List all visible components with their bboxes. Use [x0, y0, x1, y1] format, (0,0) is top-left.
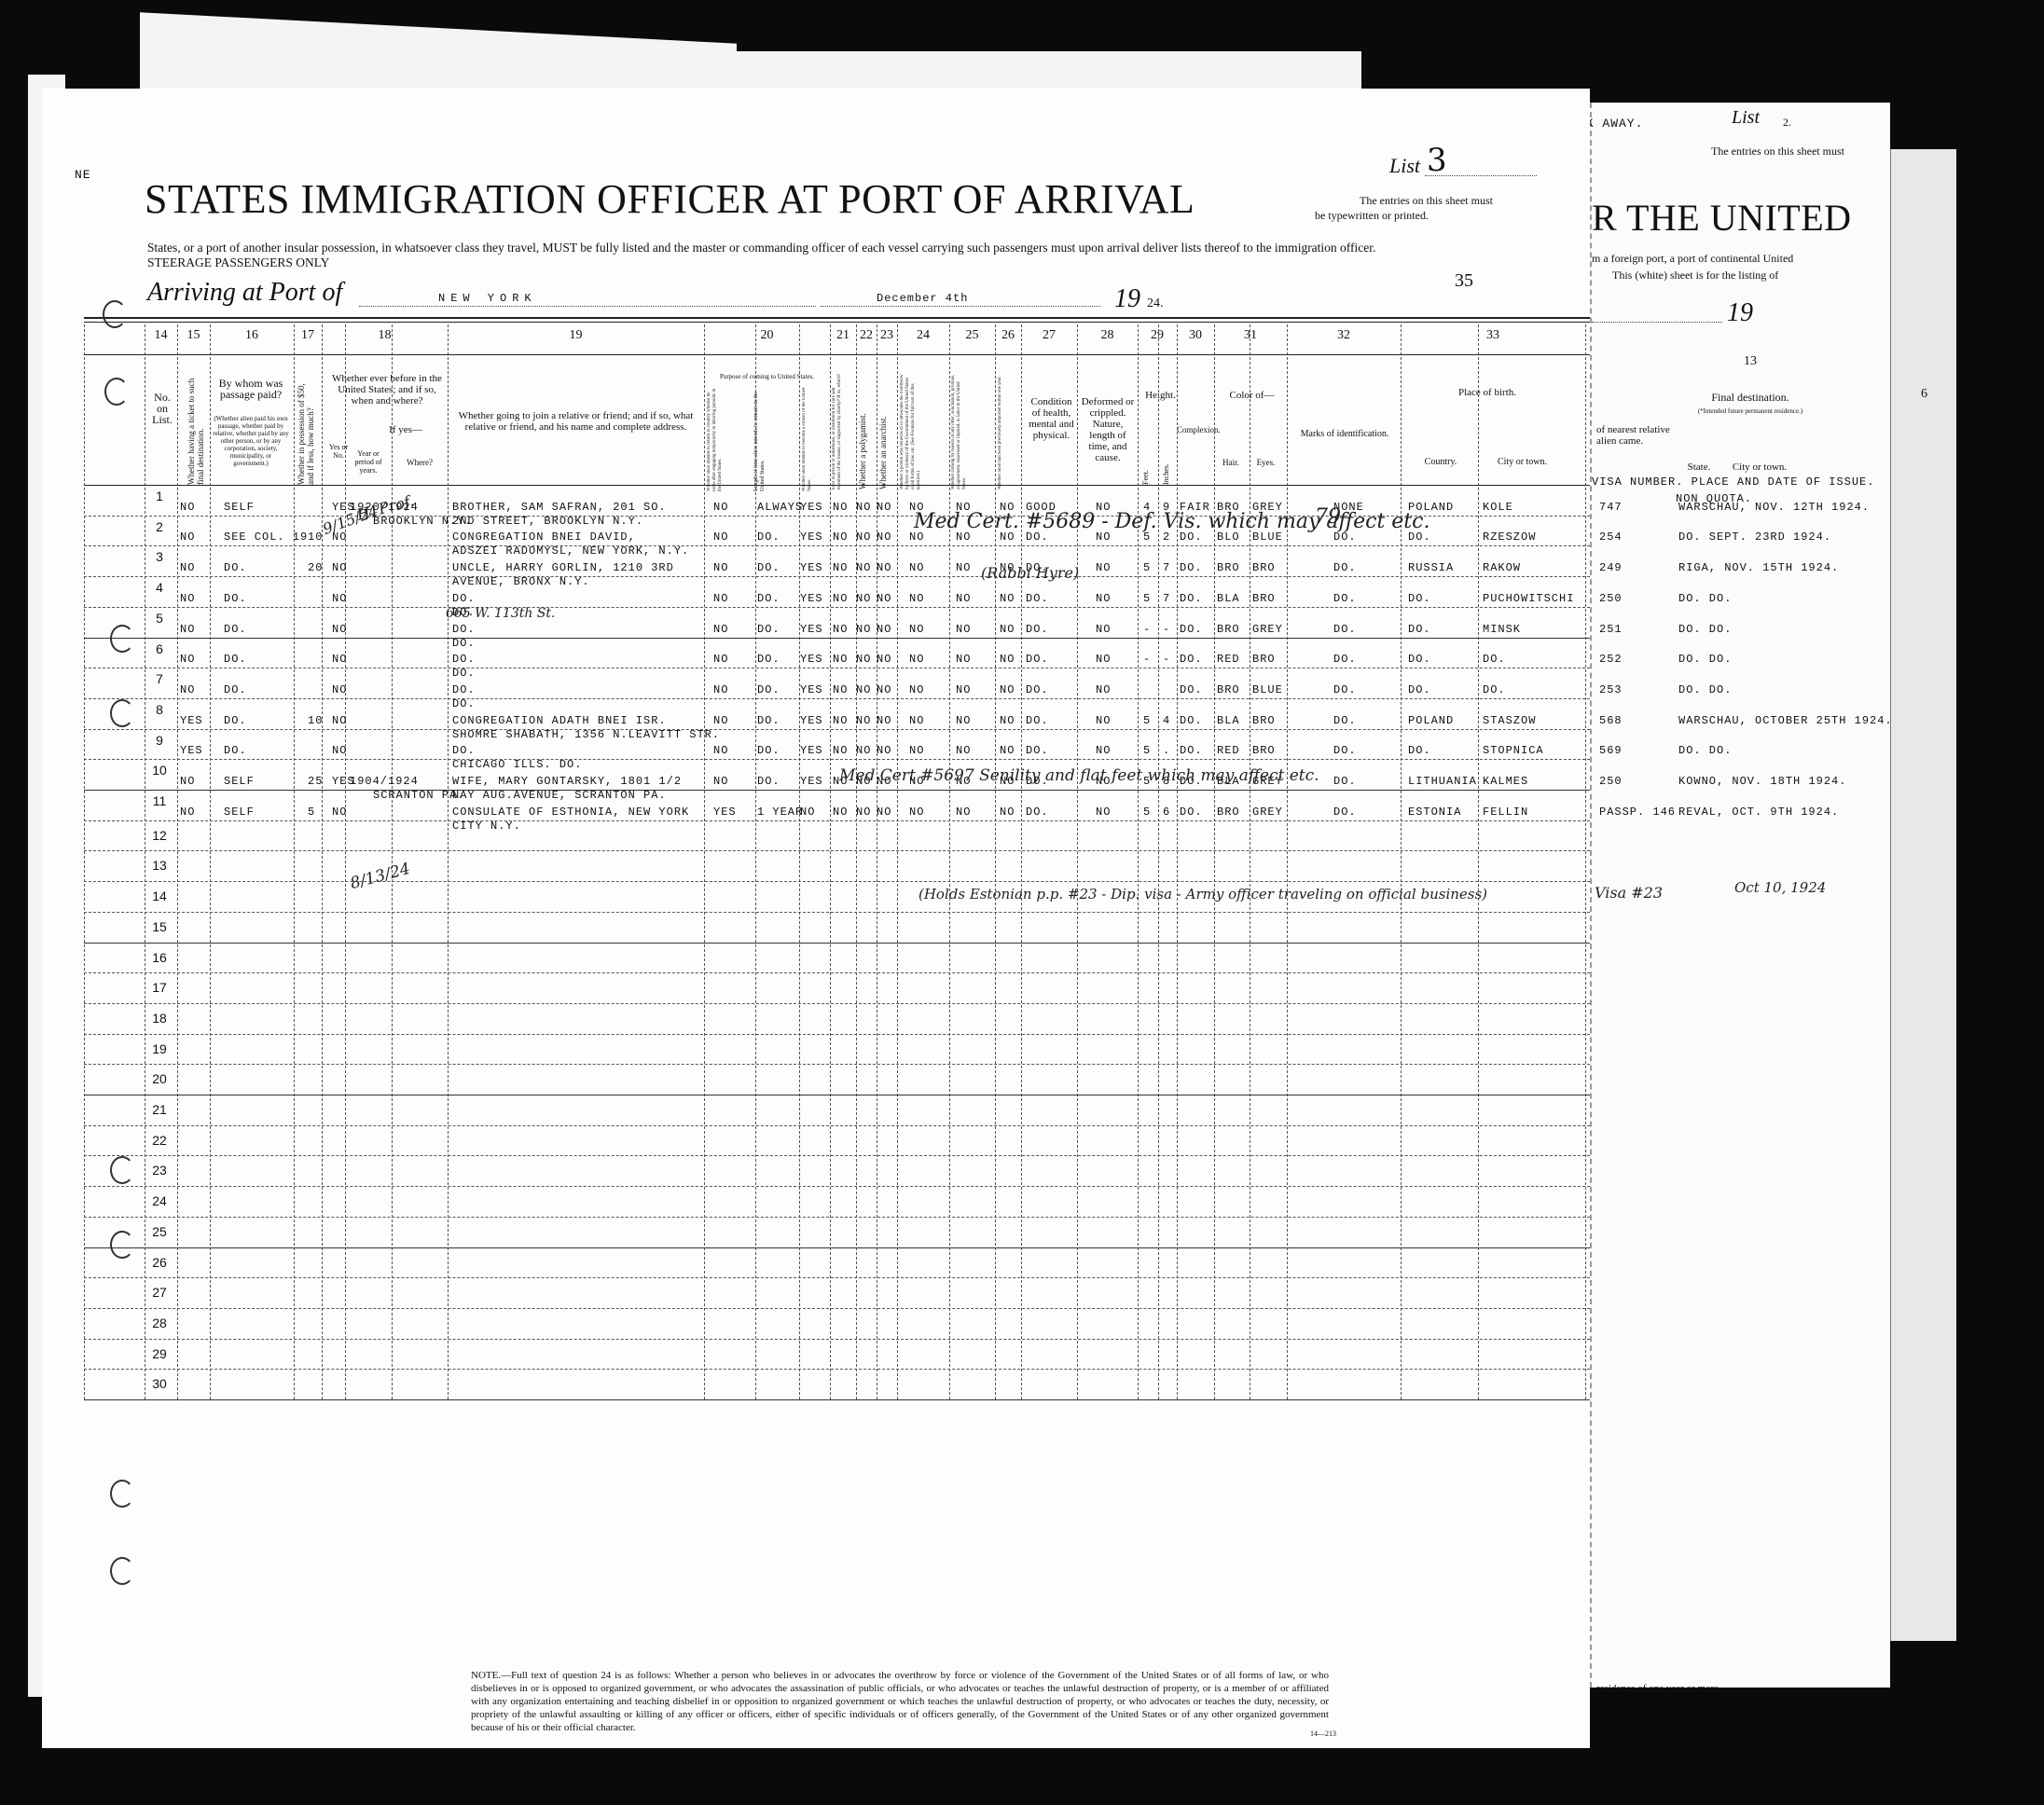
- anarchist-cell: NO: [877, 806, 891, 819]
- handwritten-row11-annotation: (Holds Estonian p.p. #23 - Dip. visa - A…: [918, 886, 1487, 902]
- complexion-cell: DO.: [1180, 623, 1203, 636]
- col-29-label: Height.: [1139, 390, 1181, 401]
- complexion-cell: DO.: [1180, 744, 1203, 757]
- polygamist-cell: NO: [856, 592, 871, 605]
- col-30-label: Complexion.: [1177, 424, 1214, 435]
- relative-cell: BROTHER, SAM SAFRAN, 201 SO.: [452, 501, 667, 514]
- health-cell: DO.: [1026, 744, 1049, 757]
- health-cell: DO.: [1026, 653, 1049, 666]
- date-line-overlap: [1592, 322, 1722, 323]
- relative-cell: CONGREGATION BNEI DAVID,: [452, 530, 636, 544]
- city-cell: PUCHOWITSCHI: [1483, 592, 1574, 605]
- before-us-cell: NO: [332, 806, 347, 819]
- length-cell: DO.: [757, 561, 780, 574]
- eyes-cell: GREY: [1252, 623, 1283, 636]
- entries-note-1: The entries on this sheet must: [1360, 194, 1493, 208]
- punch-hole: [104, 378, 129, 406]
- prison-cell: NO: [833, 806, 848, 819]
- column-number: 27: [1021, 328, 1077, 343]
- country-cell: DO.: [1408, 592, 1431, 605]
- grid-row-line: [84, 759, 1590, 760]
- footer-note: NOTE.—Full text of question 24 is as fol…: [471, 1669, 1329, 1734]
- row-number: 1: [147, 489, 172, 503]
- money-cell: 25: [308, 775, 323, 788]
- length-cell: DO.: [757, 683, 780, 696]
- polygamist-cell: NO: [856, 623, 871, 636]
- city-cell: RAKOW: [1483, 561, 1521, 574]
- final-destination-note: (*Intended future permanent residence.): [1680, 406, 1820, 417]
- grid-row-line: [84, 820, 1590, 821]
- feet-cell: -: [1143, 623, 1151, 636]
- complexion-cell: DO.: [1180, 714, 1203, 727]
- row-number: 25: [147, 1224, 172, 1239]
- grid-row-line: [84, 1186, 1590, 1187]
- row-number: 14: [147, 889, 172, 903]
- anarchist-cell: NO: [877, 714, 891, 727]
- visa-place-cell: WARSCHAU, NOV. 12TH 1924.: [1678, 501, 1870, 514]
- health-cell: DO.: [1026, 623, 1049, 636]
- deformed-cell: NO: [1096, 714, 1111, 727]
- arriving-label: Arriving at Port of: [147, 278, 342, 308]
- relative-cell-line2: SHOMRE SHABATH, 1356 N.LEAVITT STR.: [452, 728, 720, 741]
- col-25-label: Whether coming by reason of any offer, s…: [951, 373, 974, 489]
- visa-number-cell: 569: [1599, 744, 1623, 757]
- polygamist-cell: NO: [856, 744, 871, 757]
- relative-cell: DO.: [452, 744, 476, 757]
- q26-cell: NO: [1000, 714, 1015, 727]
- overlap-footer-note: residence of one year or more.: [1596, 1683, 1721, 1694]
- row-number: 15: [147, 919, 172, 934]
- grid-row-line: [84, 545, 1590, 546]
- health-cell: DO.: [1026, 714, 1049, 727]
- citizen-cell: NO: [800, 806, 815, 819]
- q24-cell: NO: [909, 653, 924, 666]
- col-31-label: Color of—: [1217, 390, 1287, 401]
- row-number: 20: [147, 1071, 172, 1086]
- eyes-cell: GREY: [1252, 806, 1283, 819]
- ticket-cell: NO: [180, 775, 195, 788]
- length-cell: 1 YEAR: [757, 806, 803, 819]
- col-18-if-yes: If yes—: [373, 424, 438, 435]
- inches-cell: 7: [1163, 592, 1170, 605]
- where-cell: SCRANTON PA.: [373, 789, 464, 802]
- visa-number-cell: 249: [1599, 561, 1623, 574]
- polygamist-cell: NO: [856, 683, 871, 696]
- list-number-overlap: 2.: [1783, 116, 1791, 130]
- passage-paid-cell: DO.: [224, 714, 247, 727]
- port-line: [359, 306, 816, 307]
- q24-cell: NO: [909, 561, 924, 574]
- return-cell: NO: [713, 683, 728, 696]
- country-cell: DO.: [1408, 744, 1431, 757]
- city-cell: DO.: [1483, 683, 1506, 696]
- column-number: 25: [949, 328, 995, 343]
- column-number: 23: [877, 328, 897, 343]
- visa-number-cell: 747: [1599, 501, 1623, 514]
- col-18-years: Year or period of years.: [350, 449, 387, 475]
- relative-cell: DO.: [452, 653, 476, 666]
- ticket-cell: NO: [180, 592, 195, 605]
- prison-cell: NO: [833, 501, 848, 514]
- col-29-inches: Inches.: [1162, 438, 1171, 485]
- grid-row-line: [84, 1399, 1590, 1400]
- visa-number-cell: 250: [1599, 775, 1623, 788]
- row-number: 27: [147, 1285, 172, 1300]
- subtitle-overlap-1: m a foreign port, a port of continental …: [1592, 252, 1793, 266]
- column-number: 22: [856, 328, 877, 343]
- col-31-hair: Hair.: [1217, 457, 1245, 468]
- marks-cell: DO.: [1333, 623, 1357, 636]
- col-22-label: Whether a polygamist.: [858, 373, 867, 489]
- title-fragment-overlap: R THE UNITED: [1592, 196, 1852, 240]
- visa-number-cell: 253: [1599, 683, 1623, 696]
- col-31-eyes: Eyes.: [1250, 457, 1282, 468]
- country-cell: RUSSIA: [1408, 561, 1454, 574]
- grid-row-line: [84, 1095, 1590, 1095]
- feet-cell: 5: [1143, 561, 1151, 574]
- polygamist-cell: NO: [856, 806, 871, 819]
- eyes-cell: BRO: [1252, 561, 1276, 574]
- relative-cell-line2: DO.: [452, 667, 476, 680]
- grid-row-line: [84, 1125, 1590, 1126]
- return-cell: NO: [713, 775, 728, 788]
- col-18-where: Where?: [392, 457, 448, 468]
- year-suffix: 24.: [1147, 296, 1164, 311]
- port-value: NEW YORK: [438, 292, 537, 305]
- col-29-feet: Feet.: [1141, 438, 1151, 485]
- column-number: 32: [1287, 328, 1401, 343]
- col-15-label: Whether having a ticket to such final de…: [186, 373, 205, 485]
- column-number: 15: [177, 328, 210, 343]
- column-number: 19: [448, 328, 704, 343]
- relative-cell-line2: NAY AUG.AVENUE, SCRANTON PA.: [452, 789, 667, 802]
- visa-number-cell: PASSP. 146: [1599, 806, 1676, 819]
- grid-row-line: [84, 1339, 1590, 1340]
- grid-header-line: [84, 485, 1590, 486]
- col-21-label: Ever in prison or almshouse, or institut…: [832, 373, 852, 489]
- punch-hole: [103, 300, 127, 328]
- grid-row-line: [84, 972, 1590, 973]
- row-number: 10: [147, 763, 172, 778]
- citizen-cell: YES: [800, 744, 823, 757]
- col-23-label: Whether an anarchist.: [878, 373, 888, 489]
- q25-cell: NO: [956, 623, 971, 636]
- complexion-cell: DO.: [1180, 592, 1203, 605]
- ticket-cell: NO: [180, 530, 195, 544]
- deformed-cell: NO: [1096, 561, 1111, 574]
- prison-cell: NO: [833, 683, 848, 696]
- q24-cell: NO: [909, 623, 924, 636]
- grid-row-line: [84, 1217, 1590, 1218]
- ticket-cell: YES: [180, 744, 203, 757]
- subtitle-line-2: STEERAGE PASSENGERS ONLY: [147, 255, 329, 270]
- city-cell: MINSK: [1483, 623, 1521, 636]
- sheet-number: 35: [1455, 270, 1473, 292]
- before-us-cell: NO: [332, 714, 347, 727]
- grid-row-line: [84, 943, 1590, 944]
- grid-header-line: [84, 354, 1590, 355]
- polygamist-cell: NO: [856, 653, 871, 666]
- row-number: 9: [147, 733, 172, 748]
- passage-paid-cell: DO.: [224, 744, 247, 757]
- citizen-cell: YES: [800, 501, 823, 514]
- row-number: 11: [147, 793, 172, 808]
- punch-hole: [110, 1231, 134, 1259]
- complexion-cell: DO.: [1180, 561, 1203, 574]
- money-cell: 10: [308, 714, 323, 727]
- q25-cell: NO: [956, 592, 971, 605]
- row-number: 3: [147, 549, 172, 564]
- punch-hole: [110, 1480, 134, 1508]
- deformed-cell: NO: [1096, 623, 1111, 636]
- final-destination-label: Final destination.: [1680, 392, 1820, 403]
- visa-place-cell: DO. SEPT. 23RD 1924.: [1678, 530, 1831, 544]
- prison-cell: NO: [833, 561, 848, 574]
- row-number: 5: [147, 611, 172, 626]
- punch-hole: [110, 1557, 134, 1585]
- visa-place-cell: WARSCHAU, OCTOBER 25TH 1924.: [1678, 714, 1893, 727]
- eyes-cell: BLUE: [1252, 683, 1283, 696]
- inches-cell: 6: [1163, 806, 1170, 819]
- length-cell: DO.: [757, 744, 780, 757]
- feet-cell: 5: [1143, 806, 1151, 819]
- grid-row-line: [84, 668, 1590, 668]
- return-cell: NO: [713, 744, 728, 757]
- inches-cell: 7: [1163, 561, 1170, 574]
- passage-paid-cell: SELF: [224, 806, 255, 819]
- row-number: 21: [147, 1102, 172, 1117]
- row-number: 29: [147, 1346, 172, 1361]
- col-19-label: Whether going to join a relative or frie…: [452, 410, 699, 433]
- column-number: 14: [145, 328, 177, 343]
- relative-cell-line2: DO.: [452, 697, 476, 710]
- health-cell: DO.: [1026, 592, 1049, 605]
- handwritten-row11-date: Oct 10, 1924: [1734, 879, 1826, 896]
- handwritten-row2-annotation: (Rabbi Hyre): [981, 564, 1079, 582]
- hair-cell: RED: [1217, 744, 1240, 757]
- row-number: 2: [147, 519, 172, 534]
- prison-cell: NO: [833, 592, 848, 605]
- q24-cell: NO: [909, 592, 924, 605]
- col-20-return: Whether alien intends to return to count…: [707, 384, 731, 491]
- col-20-label: Purpose of coming to United States.: [704, 371, 830, 382]
- column-number: 30: [1177, 328, 1214, 343]
- col-20-citizen: Whether alien intends to become a citize…: [802, 384, 817, 491]
- inches-cell: -: [1163, 623, 1170, 636]
- grid-row-line: [84, 912, 1590, 913]
- money-cell: 10: [308, 530, 323, 544]
- marks-cell: DO.: [1333, 653, 1357, 666]
- header-rule-2: [84, 322, 1590, 323]
- return-cell: NO: [713, 653, 728, 666]
- before-us-cell: NO: [332, 623, 347, 636]
- before-us-cell: NO: [332, 592, 347, 605]
- eyes-cell: BRO: [1252, 653, 1276, 666]
- subtitle-line-1: States, or a port of another insular pos…: [147, 241, 1453, 255]
- complexion-cell: DO.: [1180, 653, 1203, 666]
- row-number: 4: [147, 580, 172, 595]
- return-cell: NO: [713, 561, 728, 574]
- anarchist-cell: NO: [877, 530, 891, 544]
- money-cell: 20: [308, 561, 323, 574]
- citizen-cell: YES: [800, 530, 823, 544]
- passage-paid-cell: DO.: [224, 653, 247, 666]
- before-us-cell: NO: [332, 561, 347, 574]
- handwritten-row11-visa: Visa #23: [1595, 884, 1663, 902]
- list-line: [1425, 175, 1537, 176]
- col-16-label: By whom was passage paid?: [213, 378, 289, 400]
- row-number: 24: [147, 1193, 172, 1208]
- visa-number-cell: 250: [1599, 592, 1623, 605]
- length-cell: DO.: [757, 530, 780, 544]
- city-cell: DO.: [1483, 653, 1506, 666]
- row-number: 13: [147, 858, 172, 873]
- ticket-cell: NO: [180, 806, 195, 819]
- deformed-cell: NO: [1096, 744, 1111, 757]
- year-overlap: 19: [1727, 298, 1753, 328]
- deformed-cell: NO: [1096, 806, 1111, 819]
- grid-row-line: [84, 1369, 1590, 1370]
- row-number: 6: [147, 641, 172, 656]
- visa-place-cell: RIGA, NOV. 15TH 1924.: [1678, 561, 1839, 574]
- hair-cell: BRO: [1217, 683, 1240, 696]
- anarchist-cell: NO: [877, 592, 891, 605]
- passage-paid-cell: DO.: [224, 561, 247, 574]
- q24-cell: NO: [909, 744, 924, 757]
- nearest-relative-label: of nearest relative alien came.: [1596, 424, 1685, 447]
- length-cell: DO.: [757, 623, 780, 636]
- header-rule: [84, 317, 1590, 319]
- col-num-13: 13: [1704, 354, 1797, 369]
- hair-cell: RED: [1217, 653, 1240, 666]
- eyes-cell: BRO: [1252, 714, 1276, 727]
- complexion-cell: DO.: [1180, 806, 1203, 819]
- visa-place-cell: DO. DO.: [1678, 592, 1732, 605]
- marks-cell: DO.: [1333, 683, 1357, 696]
- years-cell: 1904/1924: [350, 775, 419, 788]
- before-us-cell: NO: [332, 744, 347, 757]
- q25-cell: NO: [956, 561, 971, 574]
- row-number: 8: [147, 702, 172, 717]
- return-cell: NO: [713, 623, 728, 636]
- col-17-label: Whether in possession of $50, and if les…: [297, 373, 315, 485]
- visa-place-cell: DO. DO.: [1678, 683, 1732, 696]
- row-number: 26: [147, 1255, 172, 1270]
- city-cell: RZESZOW: [1483, 530, 1536, 544]
- q25-cell: NO: [956, 806, 971, 819]
- relative-cell-line2: ADSZEI RADOMYSL, NEW YORK, N.Y.: [452, 544, 689, 558]
- eyes-cell: BRO: [1252, 592, 1276, 605]
- return-cell: NO: [713, 501, 728, 514]
- polygamist-cell: NO: [856, 714, 871, 727]
- list-label: List: [1389, 154, 1420, 178]
- column-number: 20: [704, 328, 830, 343]
- deformed-cell: NO: [1096, 683, 1111, 696]
- column-number: 21: [830, 328, 856, 343]
- passage-paid-cell: SEE COL. 19: [224, 530, 308, 544]
- ticket-cell: NO: [180, 501, 195, 514]
- relative-cell-line2: AVENUE, BRONX N.Y.: [452, 575, 590, 588]
- city-cell: STASZOW: [1483, 714, 1536, 727]
- country-cell: POLAND: [1408, 714, 1454, 727]
- country-cell: DO.: [1408, 683, 1431, 696]
- country-cell: ESTONIA: [1408, 806, 1461, 819]
- visa-place-cell: KOWNO, NOV. 18TH 1924.: [1678, 775, 1846, 788]
- feet-cell: 5: [1143, 744, 1151, 757]
- health-cell: DO.: [1026, 806, 1049, 819]
- passage-paid-cell: SELF: [224, 775, 255, 788]
- row-number: 19: [147, 1041, 172, 1056]
- overlap-form-number: 14—213: [1680, 1699, 1706, 1707]
- visa-number-cell: 251: [1599, 623, 1623, 636]
- q26-cell: NO: [1000, 806, 1015, 819]
- grid-row-line: [84, 881, 1590, 882]
- page-title: STATES IMMIGRATION OFFICER AT PORT OF AR…: [145, 175, 1195, 223]
- money-cell: 5: [308, 806, 315, 819]
- hair-cell: BRO: [1217, 561, 1240, 574]
- relative-cell: DO.: [452, 623, 476, 636]
- grid-row-line: [84, 1247, 1590, 1248]
- q26-cell: NO: [1000, 653, 1015, 666]
- citizen-cell: YES: [800, 653, 823, 666]
- arrival-date: December 4th: [877, 292, 968, 305]
- health-cell: DO.: [1026, 683, 1049, 696]
- col-33-label: Place of birth.: [1403, 387, 1571, 398]
- citizen-cell: YES: [800, 561, 823, 574]
- entries-note-2: be typewritten or printed.: [1315, 209, 1429, 223]
- q26-cell: NO: [1000, 623, 1015, 636]
- return-cell: YES: [713, 806, 737, 819]
- return-cell: NO: [713, 714, 728, 727]
- handwritten-row1-annotation: Med Cert. #5689 - Def. Vis. which may af…: [914, 510, 1429, 533]
- row-number: 23: [147, 1163, 172, 1178]
- prison-cell: NO: [833, 714, 848, 727]
- q26-cell: NO: [1000, 592, 1015, 605]
- col-27-label: Condition of health, mental and physical…: [1026, 396, 1077, 441]
- footer-form-number: 14—213: [1310, 1729, 1336, 1738]
- handwritten-row1-marks: 79: [1315, 505, 1341, 529]
- ticket-cell: NO: [180, 623, 195, 636]
- city-cell: KOLE: [1483, 501, 1513, 514]
- list-number: 3: [1427, 142, 1447, 179]
- length-cell: DO.: [757, 714, 780, 727]
- country-cell: LITHUANIA: [1408, 775, 1477, 788]
- punch-hole: [110, 1156, 134, 1184]
- inches-cell: -: [1163, 653, 1170, 666]
- grid-row-line: [84, 1034, 1590, 1035]
- prison-cell: NO: [833, 530, 848, 544]
- inches-cell: 4: [1163, 714, 1170, 727]
- feet-cell: 5: [1143, 714, 1151, 727]
- anarchist-cell: NO: [877, 683, 891, 696]
- grid-row-line: [84, 1155, 1590, 1156]
- length-cell: DO.: [757, 653, 780, 666]
- column-number: 33: [1401, 328, 1585, 343]
- q26-cell: NO: [1000, 744, 1015, 757]
- relative-cell: DO.: [452, 592, 476, 605]
- punch-hole: [110, 699, 134, 727]
- column-number: 16: [210, 328, 294, 343]
- side-tab-number: 6: [1921, 387, 1927, 402]
- marks-cell: DO.: [1333, 561, 1357, 574]
- visa-number-cell: 254: [1599, 530, 1623, 544]
- eyes-cell: BRO: [1252, 744, 1276, 757]
- q25-cell: NO: [956, 744, 971, 757]
- visa-number-cell: 252: [1599, 653, 1623, 666]
- col-33-country: Country.: [1403, 457, 1478, 468]
- city-town-label-overlap: City or town.: [1722, 462, 1797, 473]
- col-14-label: No. on List.: [149, 392, 175, 425]
